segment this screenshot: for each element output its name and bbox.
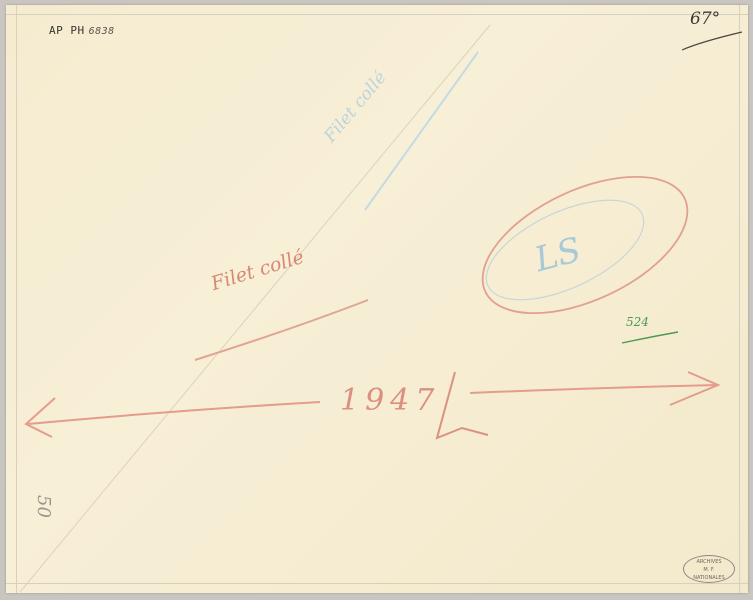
stamp-line-3: NATIONALES [684,574,734,582]
margin-line-bottom [6,583,748,584]
margin-line-left [16,5,17,593]
year-annotation: 1947 [340,383,440,418]
green-code: 524 [626,315,649,329]
archive-stamp: ARCHIVES M. F. NATIONALES [683,555,735,583]
corner-number: 67° [690,9,720,29]
margin-line-right [739,5,740,593]
inventory-label: AP PH6838 [49,24,115,37]
stamp-line-2: M. F. [684,566,734,574]
side-note: 50 [33,495,54,518]
inventory-number: 6838 [89,26,115,37]
inventory-prefix: AP PH [49,24,85,37]
stamp-line-1: ARCHIVES [684,558,734,566]
margin-line-top [6,14,748,15]
